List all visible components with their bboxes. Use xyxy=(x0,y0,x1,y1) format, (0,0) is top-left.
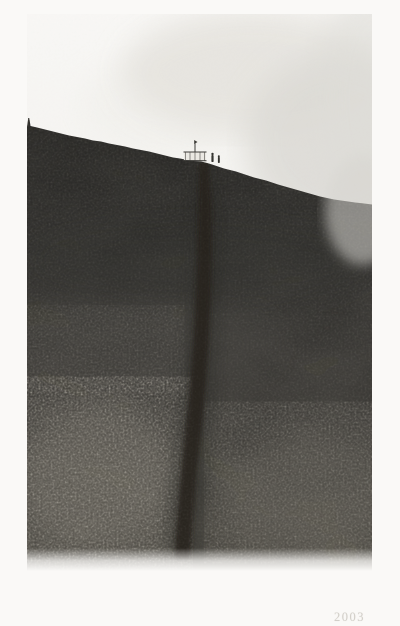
photograph-canvas xyxy=(27,14,372,571)
scanned-page: 2003 xyxy=(0,0,400,626)
plate-number: 2003 xyxy=(334,610,365,624)
photograph xyxy=(27,14,372,571)
scan-grain xyxy=(27,14,372,571)
photo-bottom-fade xyxy=(27,548,372,571)
